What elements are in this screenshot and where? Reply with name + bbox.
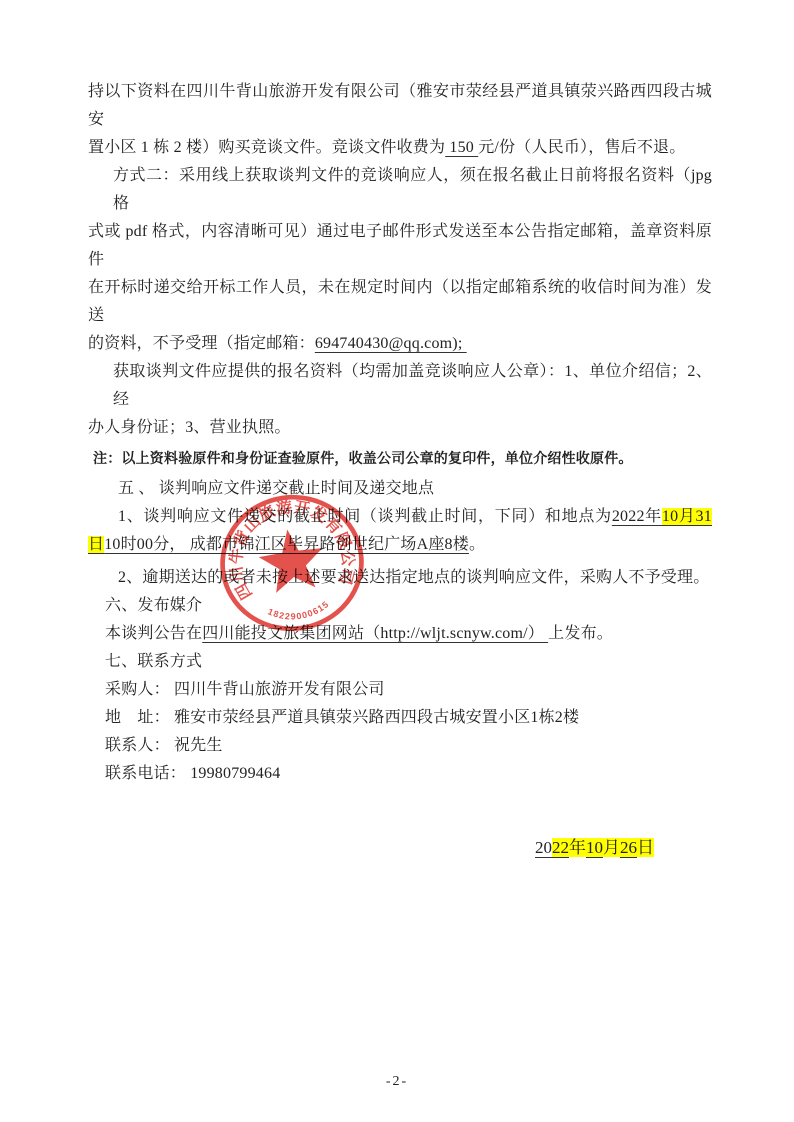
date-line: 2022年10月26日 — [88, 834, 712, 862]
text-segment: 本谈判公告在 — [105, 625, 202, 642]
text-segment: 联系电话： 19980799464 — [105, 765, 280, 782]
text-line: 2、逾期送达的或者未按上述要求送达指定地点的谈判响应文件，采购人不予受理。 — [88, 564, 712, 592]
text-line: 本谈判公告在四川能投文旅集团网站（http://wljt.scnyw.com/）… — [88, 620, 712, 648]
text-line: 1、谈判响应文件递交的截止时间（谈判截止时间，下同）和地点为2022年10月31 — [88, 503, 712, 531]
text-segment: 持以下资料在四川牛背山旅游开发有限公司（雅安市荥经县严道具镇荥兴路西四段古城安 — [88, 83, 712, 128]
text-line: 联系人： 祝先生 — [88, 732, 712, 760]
text-segment: 地 址： 雅安市荥经县严道具镇荥兴路西四段古城安置小区1栋2楼 — [105, 709, 579, 726]
highlighted-text: 22 — [552, 838, 569, 857]
underlined-text: 四川能投文旅集团网站（http://wljt.scnyw.com/） — [202, 625, 548, 642]
document-body: 持以下资料在四川牛背山旅游开发有限公司（雅安市荥经县严道具镇荥兴路西四段古城安置… — [88, 78, 712, 788]
text-segment: 2、逾期送达的或者未按上述要求送达指定地点的谈判响应文件，采购人不予受理。 — [118, 569, 709, 586]
underlined-text: 10时00分， 成都市锦江区毕昇路创世纪广场A座8楼 — [104, 536, 469, 553]
highlighted-text: 日 — [637, 838, 654, 857]
highlighted-text: 月 — [603, 838, 620, 857]
highlighted-text: 10月31 — [662, 508, 712, 525]
text-line: 七、联系方式 — [88, 648, 712, 676]
underlined-text: 694740430@qq.com); — [315, 335, 467, 352]
document-page: 持以下资料在四川牛背山旅游开发有限公司（雅安市荥经县严道具镇荥兴路西四段古城安置… — [0, 0, 794, 1122]
text-segment: 五 、 谈判响应文件递交截止时间及递交地点 — [118, 480, 434, 497]
text-line: 联系电话： 19980799464 — [88, 760, 712, 788]
text-segment: 上发布。 — [548, 625, 613, 642]
text-segment: 方式二：采用线上获取谈判文件的竞谈响应人，须在报名截止日前将报名资料（jpg 格 — [113, 167, 712, 212]
text-segment: 七、联系方式 — [105, 653, 202, 670]
text-line: 六、发布媒介 — [88, 592, 712, 620]
text-line: 采购人： 四川牛背山旅游开发有限公司 — [88, 676, 712, 704]
text-segment: 置小区 1 栋 2 楼）购买竞谈文件。竞谈文件收费为 — [88, 139, 445, 156]
text-line: 的资料，不予受理（指定邮箱：694740430@qq.com); — [88, 330, 712, 358]
highlighted-text: 26 — [620, 838, 637, 857]
text-line: 在开标时递交给开标工作人员，未在规定时间内（以指定邮箱系统的收信时间为准）发送 — [88, 274, 712, 330]
highlighted-text: 日 — [88, 536, 104, 553]
underlined-text: 20 — [535, 838, 552, 857]
text-line: 持以下资料在四川牛背山旅游开发有限公司（雅安市荥经县严道具镇荥兴路西四段古城安 — [88, 78, 712, 134]
underlined-text: 2022年 — [612, 508, 662, 525]
text-segment: 元/份（人民币），售后不退。 — [478, 139, 685, 156]
text-line: 办人身份证；3、营业执照。 — [88, 414, 712, 442]
text-segment: 式或 pdf 格式，内容清晰可见）通过电子邮件形式发送至本公告指定邮箱，盖章资料… — [88, 223, 712, 268]
page-number: -2- — [0, 1074, 794, 1090]
text-line: 获取谈判文件应提供的报名资料（均需加盖竞谈响应人公章）：1、单位介绍信；2、经 — [88, 358, 712, 414]
text-segment: 联系人： 祝先生 — [105, 737, 223, 754]
text-line: 日10时00分， 成都市锦江区毕昇路创世纪广场A座8楼。 — [88, 531, 712, 559]
text-segment: 的资料，不予受理（指定邮箱： — [88, 335, 315, 352]
text-segment: 六、发布媒介 — [105, 597, 202, 614]
text-segment: 办人身份证；3、营业执照。 — [88, 419, 291, 436]
text-segment: 获取谈判文件应提供的报名资料（均需加盖竞谈响应人公章）：1、单位介绍信；2、经 — [113, 363, 712, 408]
document-content: 持以下资料在四川牛背山旅游开发有限公司（雅安市荥经县严道具镇荥兴路西四段古城安置… — [88, 78, 712, 862]
text-line: 五 、 谈判响应文件递交截止时间及递交地点 — [88, 475, 712, 503]
text-segment: 注：以上资料验原件和身份证查验原件，收盖公司公章的复印件，单位介绍性收原件。 — [93, 452, 633, 467]
highlighted-text: 10 — [586, 838, 603, 857]
text-line: 地 址： 雅安市荥经县严道具镇荥兴路西四段古城安置小区1栋2楼 — [88, 704, 712, 732]
text-segment: 1、谈判响应文件递交的截止时间（谈判截止时间，下同）和地点为 — [118, 508, 612, 525]
text-segment: 在开标时递交给开标工作人员，未在规定时间内（以指定邮箱系统的收信时间为准）发送 — [88, 279, 712, 324]
text-segment: 。 — [469, 536, 485, 553]
highlighted-text: 年 — [569, 838, 586, 857]
text-line: 置小区 1 栋 2 楼）购买竞谈文件。竞谈文件收费为 150 元/份（人民币），… — [88, 134, 712, 162]
underlined-text: 150 — [445, 139, 478, 156]
text-line: 方式二：采用线上获取谈判文件的竞谈响应人，须在报名截止日前将报名资料（jpg 格 — [88, 162, 712, 218]
text-segment: 采购人： 四川牛背山旅游开发有限公司 — [105, 681, 385, 698]
text-line: 注：以上资料验原件和身份证查验原件，收盖公司公章的复印件，单位介绍性收原件。 — [88, 447, 712, 473]
text-line: 式或 pdf 格式，内容清晰可见）通过电子邮件形式发送至本公告指定邮箱，盖章资料… — [88, 218, 712, 274]
